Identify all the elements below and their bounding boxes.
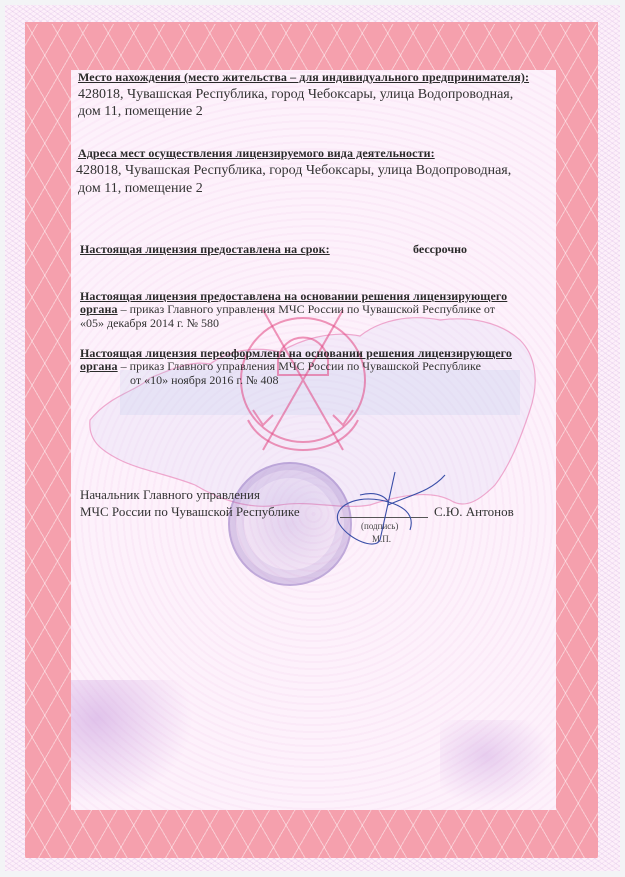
granted-text-line1: органа – приказ Главного управления МЧС … <box>80 302 495 316</box>
guilloche-ornament <box>440 720 556 810</box>
reissued-order-text: – приказ Главного управления МЧС России … <box>118 359 481 373</box>
location-address-line1: 428018, Чувашская Республика, город Чебо… <box>78 86 513 103</box>
activity-addresses-heading: Адреса мест осуществления лицензируемого… <box>78 146 435 161</box>
signatory-position-line1: Начальник Главного управления <box>80 487 260 503</box>
signatory-position-line2: МЧС России по Чувашской Республике <box>80 504 300 520</box>
reissued-text-line1: органа – приказ Главного управления МЧС … <box>80 359 481 373</box>
guilloche-ornament <box>71 680 201 810</box>
term-value: бессрочно <box>413 242 467 257</box>
handwritten-signature <box>320 470 450 550</box>
activity-address-line2: дом 11, помещение 2 <box>78 180 203 197</box>
granted-order-text: – приказ Главного управления МЧС России … <box>118 302 495 316</box>
location-address-line2: дом 11, помещение 2 <box>78 103 203 120</box>
activity-address-line1: 428018, Чувашская Республика, город Чебо… <box>76 162 511 179</box>
term-heading: Настоящая лицензия предоставлена на срок… <box>80 242 330 257</box>
location-heading: Место нахождения (место жительства – для… <box>78 70 529 85</box>
reissued-heading-cont: органа <box>80 359 118 373</box>
granted-heading-cont: органа <box>80 302 118 316</box>
reissued-order-date: от «10» ноября 2016 г. № 408 <box>130 373 278 387</box>
granted-order-date: «05» декабря 2014 г. № 580 <box>80 316 219 330</box>
